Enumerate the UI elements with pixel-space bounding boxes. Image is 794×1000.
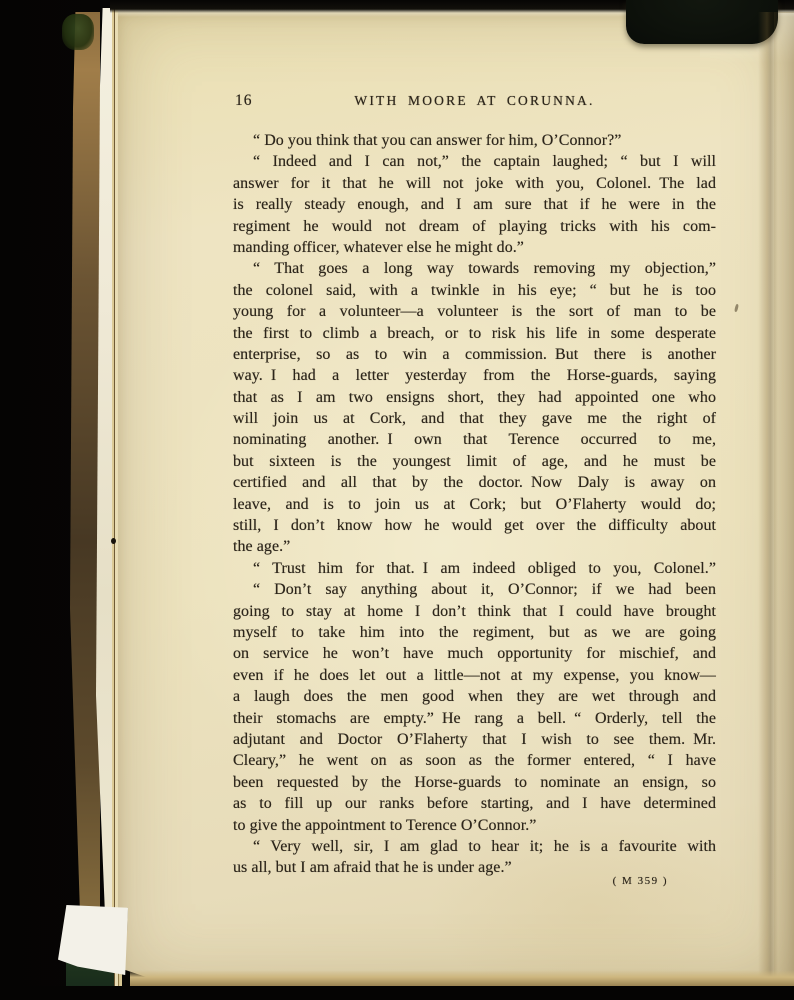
bottom-shadow-band	[0, 986, 794, 1000]
text-line: will join us at Cork, and that they gave…	[233, 408, 716, 429]
text-line: going to stay at home I don’t think that…	[233, 601, 716, 622]
text-line: their stomachs are empty.” He rang a bel…	[233, 708, 716, 729]
text-line: but sixteen is the youngest limit of age…	[233, 451, 716, 472]
book-spine-edge	[70, 12, 100, 974]
text-line: certified and all that by the doctor. No…	[233, 472, 716, 493]
text-line: “ That goes a long way towards removing …	[233, 258, 716, 279]
text-line: “ Don’t say anything about it, O’Connor;…	[233, 579, 716, 600]
text-line: a laugh does the men good when they are …	[233, 686, 716, 707]
text-line: that as I am two ensigns short, they had…	[233, 387, 716, 408]
body-text: “ Do you think that you can answer for h…	[233, 130, 716, 879]
page-header: 16 WITH MOORE AT CORUNNA.	[233, 92, 716, 110]
text-line: “ Trust him for that. I am indeed oblige…	[233, 558, 716, 579]
cover-top-corner	[626, 0, 778, 44]
text-line: is really steady enough, and I am sure t…	[233, 194, 716, 215]
text-line: way. I had a letter yesterday from the H…	[233, 365, 716, 386]
text-line: answer for it that he will not joke with…	[233, 173, 716, 194]
text-line: adjutant and Doctor O’Flaherty that I wi…	[233, 729, 716, 750]
text-line: the first to climb a breach, or to risk …	[233, 323, 716, 344]
text-line: “ Indeed and I can not,” the captain lau…	[233, 151, 716, 172]
text-line: enterprise, so as to win a commission. B…	[233, 344, 716, 365]
text-line: to give the appointment to Terence O’Con…	[233, 815, 716, 836]
text-line: on service he won’t have much opportunit…	[233, 643, 716, 664]
ink-speck	[111, 538, 116, 544]
text-line: leave, and is to join us at Cork; but O’…	[233, 494, 716, 515]
facing-page-edge	[774, 12, 794, 984]
cover-green-corner	[62, 14, 94, 50]
text-line: manding officer, whatever else he might …	[233, 237, 716, 258]
text-line: “ Very well, sir, I am glad to hear it; …	[233, 836, 716, 857]
printer-signature-mark: ( M 359 )	[233, 875, 716, 887]
text-line: the age.”	[233, 536, 716, 557]
text-line: even if he does let out a little—not at …	[233, 665, 716, 686]
running-title: WITH MOORE AT CORUNNA.	[233, 93, 716, 109]
text-line: as to fill up our ranks before starting,…	[233, 793, 716, 814]
text-line: still, I don’t know how he would get ove…	[233, 515, 716, 536]
scanned-book-photo: 16 WITH MOORE AT CORUNNA. “ Do you think…	[0, 0, 794, 1000]
text-line: myself to take him into the regiment, bu…	[233, 622, 716, 643]
text-line: the colonel said, with a twinkle in his …	[233, 280, 716, 301]
text-line: regiment he would not dream of playing t…	[233, 216, 716, 237]
text-line: Cleary,” he went on as soon as the forme…	[233, 750, 716, 771]
text-line: young for a volunteer—a volunteer is the…	[233, 301, 716, 322]
text-line: nominating another. I own that Terence o…	[233, 429, 716, 450]
text-line: “ Do you think that you can answer for h…	[233, 130, 716, 151]
text-line: been requested by the Horse-guards to no…	[233, 772, 716, 793]
